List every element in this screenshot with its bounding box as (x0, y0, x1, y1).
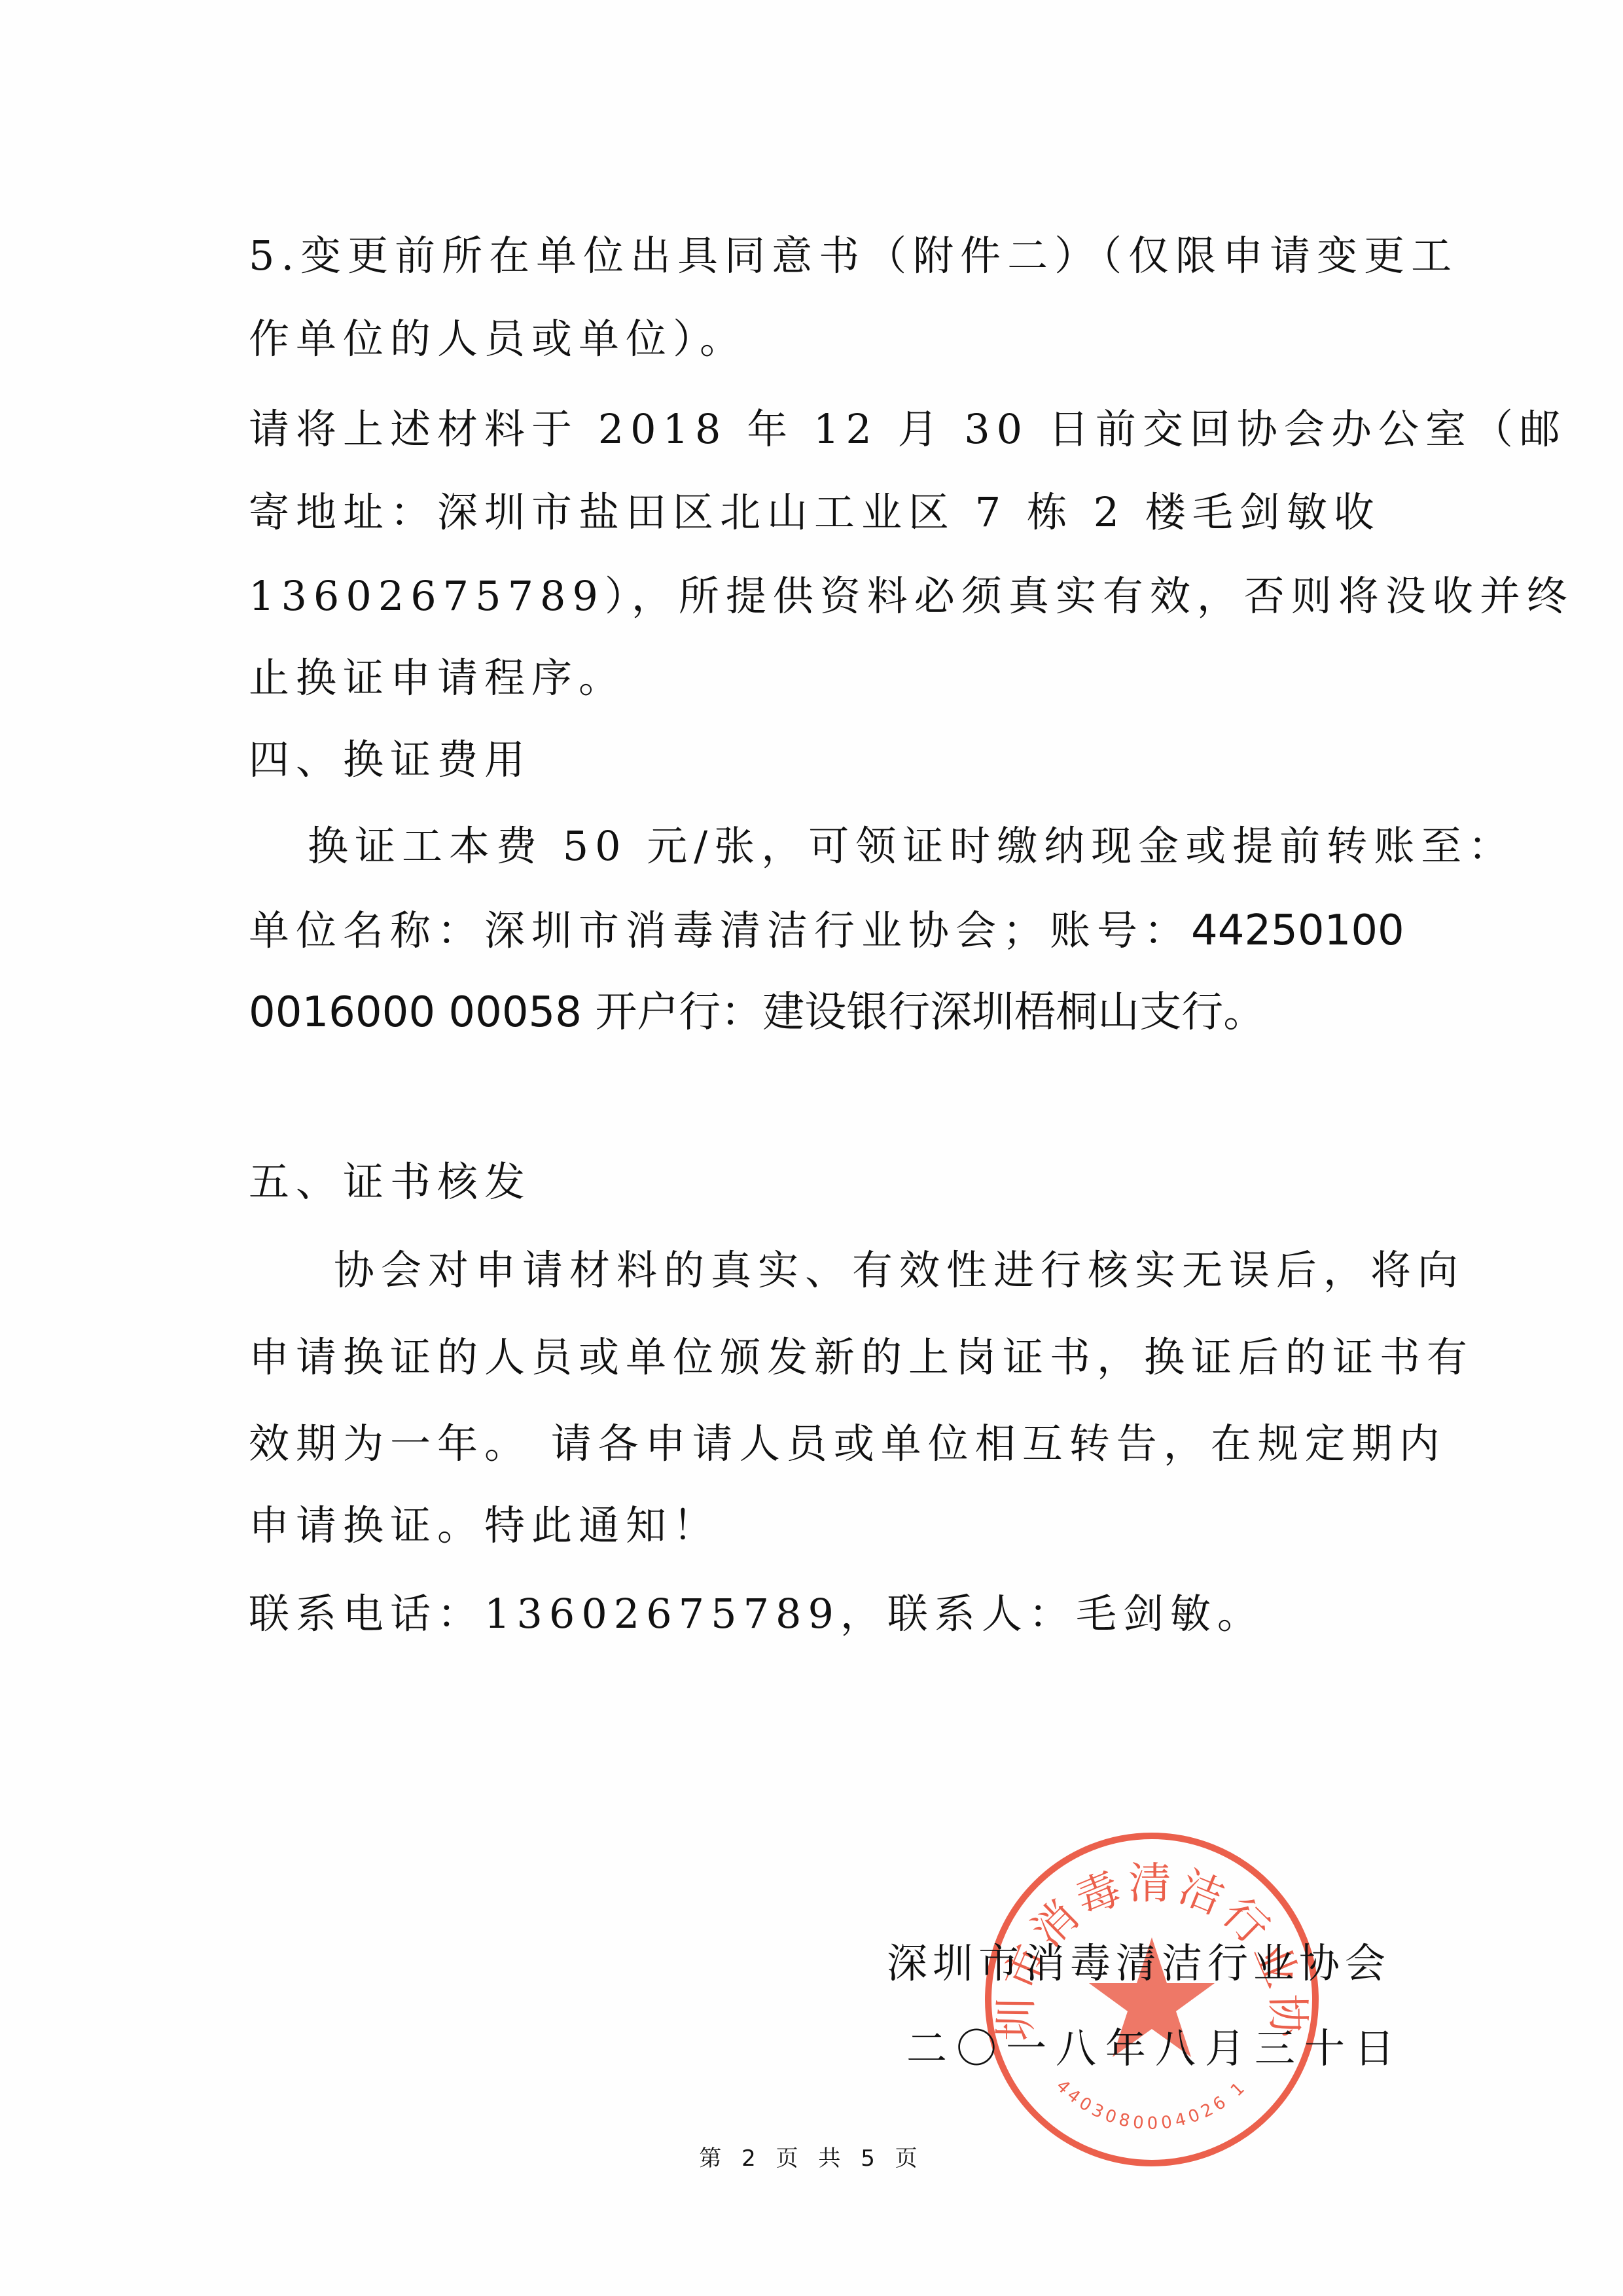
submit-line-3: 13602675789），所提供资料必须真实有效，否则将没收并终 (249, 576, 1574, 617)
account-line-1: 单位名称：深圳市消毒清洁行业协会；账号：44250100 (249, 910, 1404, 952)
signature-date: 二〇一八年八月三十日 (906, 2016, 1404, 2074)
stamp-serial: 4403080004026 1 (1052, 2076, 1251, 2134)
account-prefix: 单位名称：深圳市消毒清洁行业协会；账号： (249, 906, 1191, 954)
section5-line-3: 效期为一年。 请各申请人员或单位相互转告，在规定期内 (249, 1424, 1446, 1464)
section4-heading: 四、换证费用 (249, 740, 531, 780)
page-indicator: 第 2 页 共 5 页 (0, 2140, 1623, 2172)
fee-line: 换证工本费 50 元/张，可领证时缴纳现金或提前转账至： (308, 826, 1515, 867)
contact-line: 联系电话：13602675789，联系人：毛剑敏。 (249, 1594, 1264, 1634)
section5-heading: 五、证书核发 (249, 1162, 531, 1202)
submit-line-1: 请将上述材料于 2018 年 12 月 30 日前交回协会办公室（邮 (249, 409, 1567, 450)
section5-line-1: 协会对申请材料的真实、有效性进行核实无误后，将向 (334, 1250, 1465, 1291)
document-page: 5.变更前所在单位出具同意书（附件二）（仅限申请变更工 作单位的人员或单位）。 … (0, 0, 1623, 2296)
account-line-2: 0016000 00058 开户行：建设银行深圳梧桐山支行。 (249, 992, 1265, 1033)
submit-line-4: 止换证申请程序。 (249, 658, 626, 698)
account-number-part1: 44250100 (1191, 906, 1404, 955)
signature-organization: 深圳市消毒清洁行业协会 (887, 1931, 1391, 1989)
svg-text:4403080004026 1: 4403080004026 1 (1052, 2076, 1251, 2134)
item5-line-2: 作单位的人员或单位）。 (249, 319, 747, 359)
item5-line-1: 5.变更前所在单位出具同意书（附件二）（仅限申请变更工 (249, 236, 1458, 276)
official-seal-stamp: 深圳市消毒清洁行业协会 4403080004026 1 (975, 1823, 1329, 2176)
section5-line-4: 申请换证。特此通知！ (249, 1505, 720, 1546)
submit-line-2: 寄地址：深圳市盐田区北山工业区 7 栋 2 楼毛剑敏收 (249, 492, 1381, 533)
section5-line-2: 申请换证的人员或单位颁发新的上岗证书，换证后的证书有 (249, 1337, 1474, 1378)
